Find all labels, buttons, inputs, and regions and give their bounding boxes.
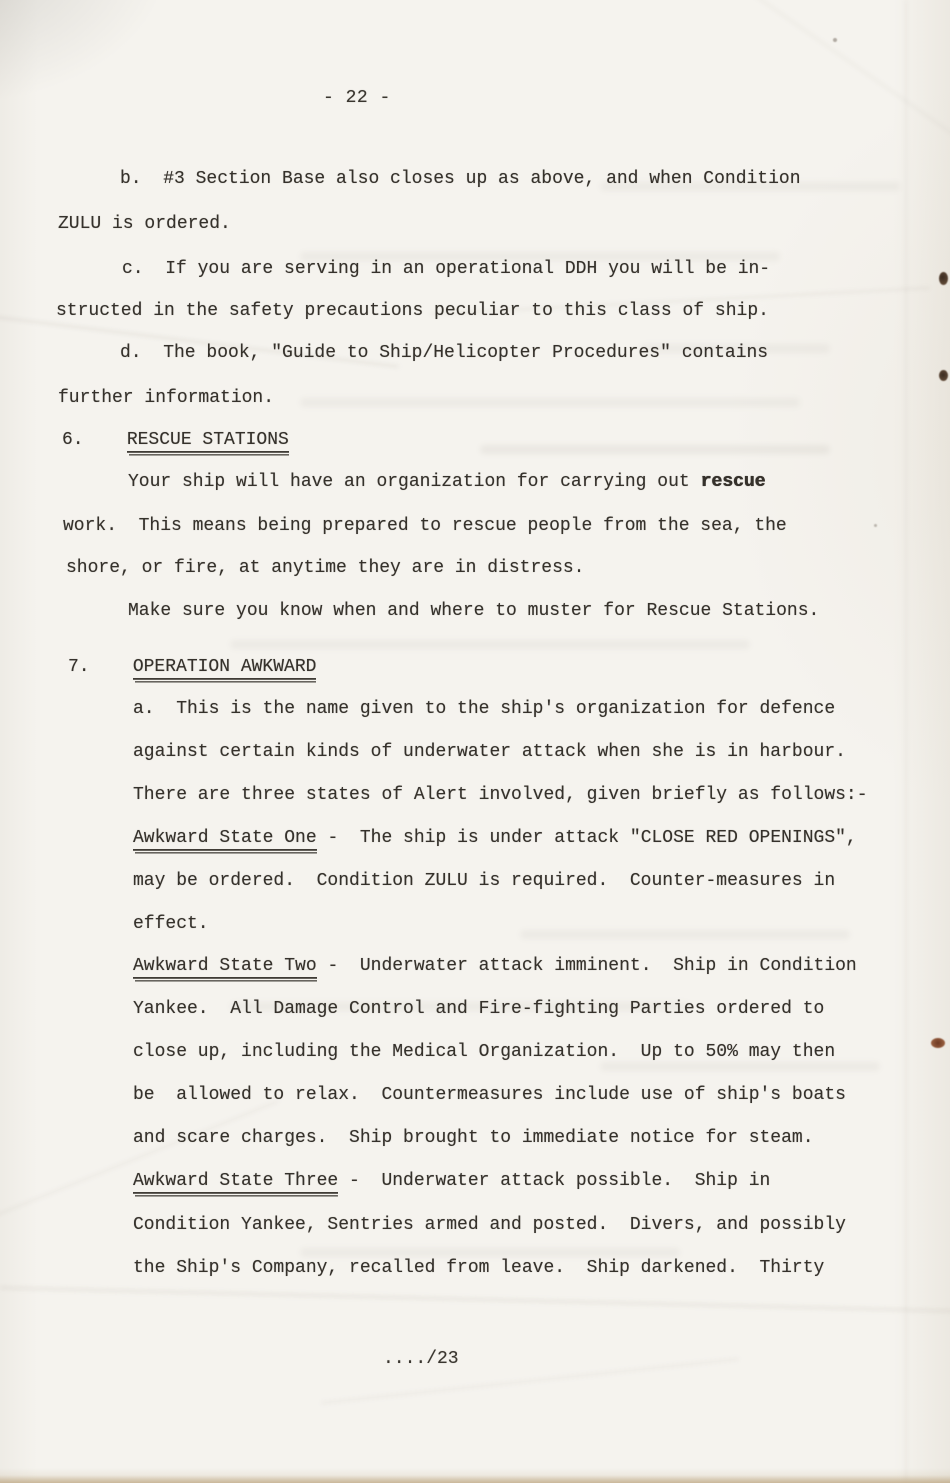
section-6-heading: 6. RESCUE STATIONS — [62, 428, 289, 452]
paper-crease — [672, 0, 950, 145]
text-segment: further information. — [58, 388, 274, 408]
stain-mark — [874, 524, 877, 527]
text-segment: against certain kinds of underwater atta… — [133, 742, 846, 762]
text-segment: the Ship's Company, recalled from leave.… — [133, 1258, 824, 1278]
text-segment: shore, or fire, at anytime they are in d… — [66, 558, 584, 578]
text-segment: c. If you are serving in an operational … — [122, 259, 770, 279]
text-segment: 6. — [62, 430, 127, 450]
document-page: - 22 - b. #3 Section Base also closes up… — [0, 0, 950, 1483]
ink-bleed-mark — [520, 930, 850, 939]
text-segment: Awkward State Two — [133, 956, 317, 982]
text-segment: Make sure you know when and where to mus… — [128, 601, 819, 621]
rescue-para-line-2: work. This means being prepared to rescu… — [63, 514, 787, 538]
paper-crease — [0, 1286, 950, 1312]
awkward-state-one-line-3: effect. — [133, 912, 209, 936]
text-segment: d. The book, "Guide to Ship/Helicopter P… — [120, 343, 768, 363]
awkward-state-three-line-3: the Ship's Company, recalled from leave.… — [133, 1256, 824, 1280]
page-number: - 22 - — [323, 88, 391, 108]
text-segment: may be ordered. Condition ZULU is requir… — [133, 871, 835, 891]
para-d-line-1: d. The book, "Guide to Ship/Helicopter P… — [120, 341, 768, 365]
stain-mark — [939, 272, 948, 285]
text-segment: structed in the safety precautions pecul… — [56, 301, 769, 321]
text-segment: Awkward State One — [133, 828, 317, 854]
text-segment: OPERATION AWKWARD — [133, 657, 317, 683]
rescue-para-line-1: Your ship will have an organization for … — [128, 470, 765, 494]
text-segment: effect. — [133, 914, 209, 934]
page-continuation-marker: ..../23 — [383, 1349, 459, 1369]
awkward-a-line-1: a. This is the name given to the ship's … — [133, 697, 835, 721]
text-segment: 7. — [68, 657, 133, 677]
awkward-state-two-line-5: and scare charges. Ship brought to immed… — [133, 1126, 814, 1150]
text-segment: Your ship will have an organization for … — [128, 472, 701, 492]
text-segment: work. This means being prepared to rescu… — [63, 516, 787, 536]
text-segment: - Underwater attack imminent. Ship in Co… — [317, 956, 857, 976]
rescue-para-line-4: Make sure you know when and where to mus… — [128, 599, 819, 623]
awkward-state-two-line-3: close up, including the Medical Organiza… — [133, 1040, 835, 1064]
para-c-line-1: c. If you are serving in an operational … — [122, 257, 770, 281]
text-segment: and scare charges. Ship brought to immed… — [133, 1128, 814, 1148]
awkward-state-two-line-4: be allowed to relax. Countermeasures inc… — [133, 1083, 846, 1107]
text-segment: a. This is the name given to the ship's … — [133, 699, 835, 719]
text-segment: Yankee. All Damage Control and Fire-figh… — [133, 999, 824, 1019]
rescue-para-line-3: shore, or fire, at anytime they are in d… — [66, 556, 584, 580]
text-segment: close up, including the Medical Organiza… — [133, 1042, 835, 1062]
awkward-state-one-line-2: may be ordered. Condition ZULU is requir… — [133, 869, 835, 893]
para-b-line-1: b. #3 Section Base also closes up as abo… — [120, 167, 801, 191]
paper-crease — [0, 1100, 279, 1222]
para-b-line-2: ZULU is ordered. — [58, 212, 231, 236]
stain-mark — [931, 1038, 945, 1048]
section-7-heading: 7. OPERATION AWKWARD — [68, 655, 316, 679]
text-segment: be allowed to relax. Countermeasures inc… — [133, 1085, 846, 1105]
text-segment: - Underwater attack possible. Ship in — [338, 1171, 770, 1191]
awkward-a-line-3: There are three states of Alert involved… — [133, 783, 868, 807]
awkward-a-line-2: against certain kinds of underwater atta… — [133, 740, 846, 764]
awkward-state-one-line-1: Awkward State One - The ship is under at… — [133, 826, 857, 850]
stain-mark — [833, 38, 837, 42]
paper-crease — [905, 0, 907, 1483]
ink-bleed-mark — [300, 398, 800, 407]
awkward-state-three-line-2: Condition Yankee, Sentries armed and pos… — [133, 1213, 846, 1237]
text-segment: - The ship is under attack "CLOSE RED OP… — [317, 828, 857, 848]
ink-bleed-mark — [480, 445, 830, 454]
text-segment: ZULU is ordered. — [58, 214, 231, 234]
awkward-state-two-line-2: Yankee. All Damage Control and Fire-figh… — [133, 997, 824, 1021]
ink-bleed-mark — [230, 640, 750, 649]
stain-mark — [939, 370, 948, 381]
para-d-line-2: further information. — [58, 386, 274, 410]
text-segment: There are three states of Alert involved… — [133, 785, 868, 805]
awkward-state-three-line-1: Awkward State Three - Underwater attack … — [133, 1169, 770, 1193]
text-segment: rescue — [701, 472, 766, 492]
para-c-line-2: structed in the safety precautions pecul… — [56, 299, 769, 323]
text-segment: Condition Yankee, Sentries armed and pos… — [133, 1215, 846, 1235]
text-segment: Awkward State Three — [133, 1171, 338, 1197]
text-segment: RESCUE STATIONS — [127, 430, 289, 456]
page-bottom-edge — [0, 1475, 950, 1483]
awkward-state-two-line-1: Awkward State Two - Underwater attack im… — [133, 954, 857, 978]
text-segment: b. #3 Section Base also closes up as abo… — [120, 169, 801, 189]
